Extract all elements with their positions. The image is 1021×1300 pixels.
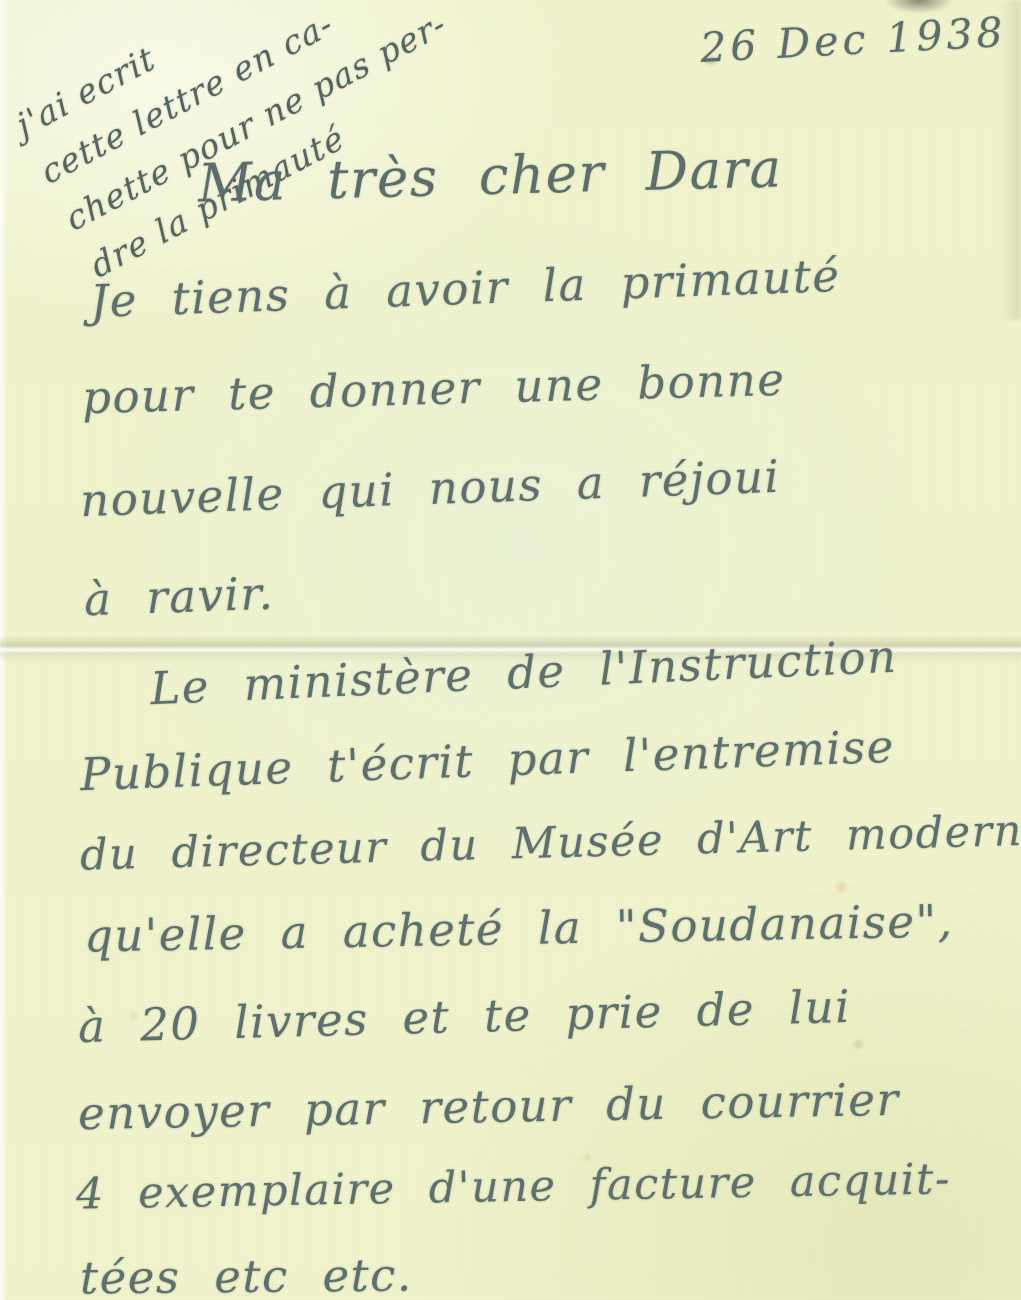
- paper-stain: [854, 1040, 863, 1049]
- letter-page: j'ai ecrit cette lettre en ca- chette po…: [0, 0, 1021, 1300]
- body-line: nouvelle qui nous a réjoui: [79, 450, 781, 527]
- body-line: Je tiens à avoir la primauté: [89, 249, 841, 328]
- body-line: 4 exemplaire d'une facture acquit-: [76, 1154, 952, 1219]
- body-line: du directeur du Musée d'Art moderne: [80, 805, 1021, 880]
- body-line: envoyer par retour du courrier: [78, 1073, 900, 1140]
- body-line: à ravir.: [83, 567, 275, 627]
- body-line: à 20 livres et te prie de lui: [77, 980, 851, 1053]
- paper-stain: [836, 882, 846, 892]
- body-line: qu'elle a acheté la "Soudanaise",: [84, 894, 954, 962]
- letter-date: 26 Dec 1938: [699, 8, 1008, 72]
- body-line: tées etc etc.: [80, 1249, 413, 1300]
- body-line: Publique t'écrit par l'entremise: [79, 720, 895, 801]
- body-line: pour te donner une bonne: [81, 353, 786, 424]
- corner-annotation: j'ai ecrit cette lettre en ca- chette po…: [6, 0, 482, 291]
